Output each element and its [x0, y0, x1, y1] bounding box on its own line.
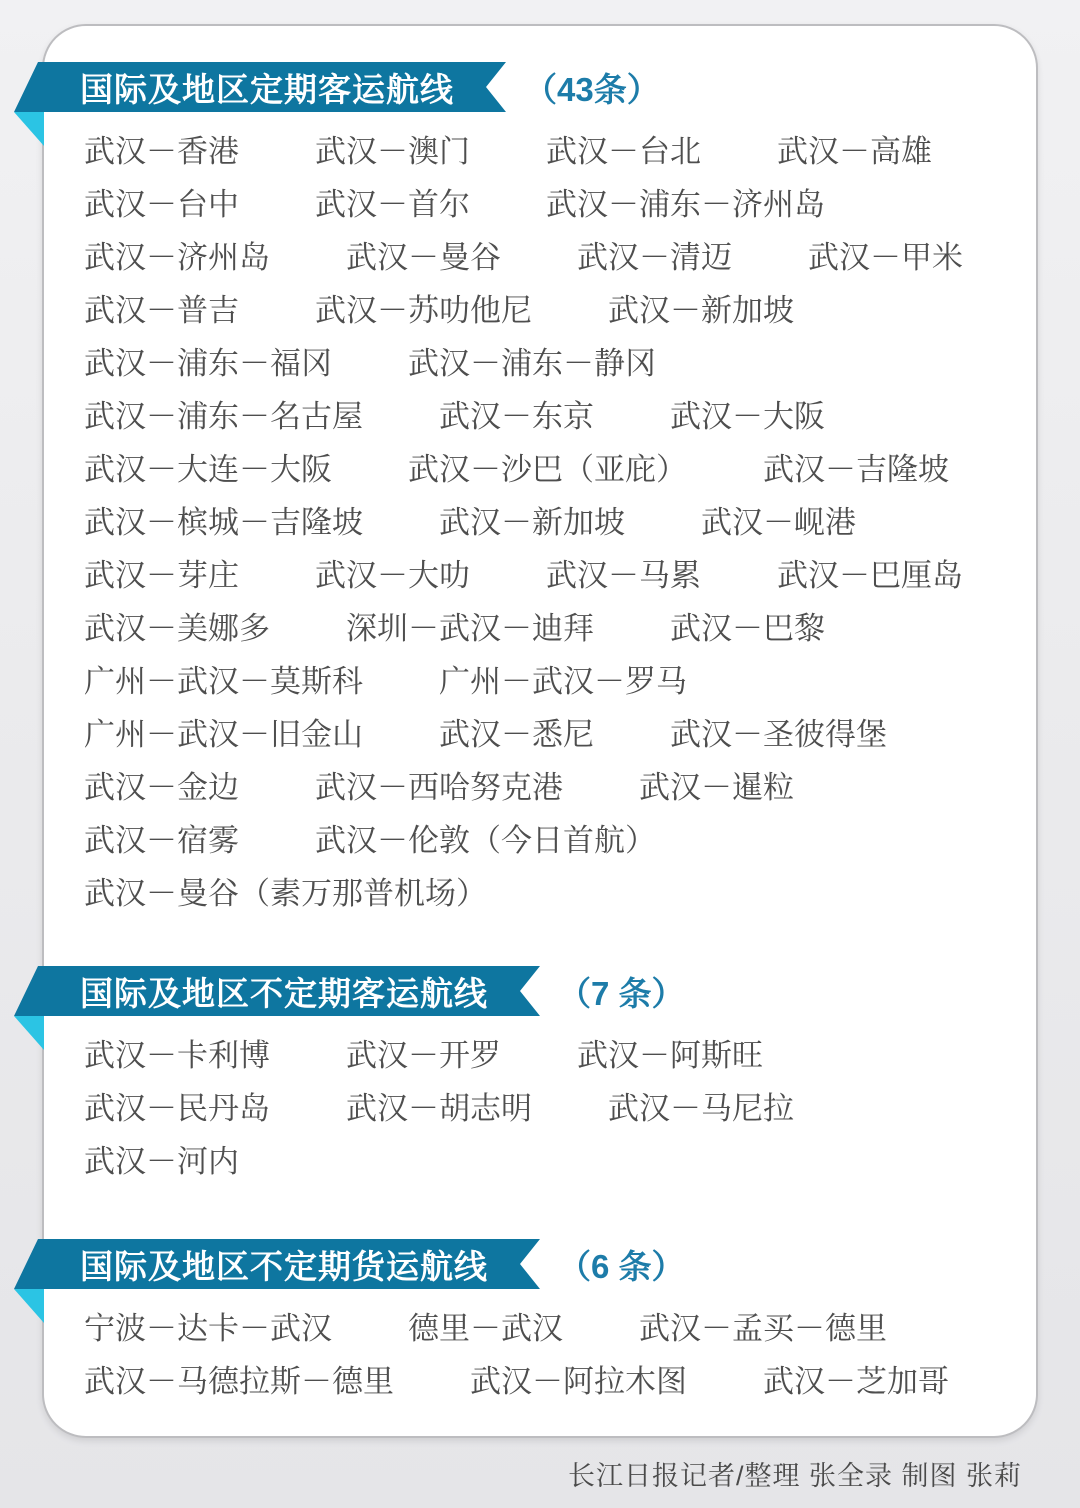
route-section: 国际及地区不定期货运航线 （6 条） 宁波－达卡－武汉德里－武汉武汉－孟买－德里…: [84, 1239, 1008, 1405]
route-item: 德里－武汉: [408, 1303, 563, 1348]
section-title: 国际及地区定期客运航线: [80, 64, 454, 111]
route-row: 武汉－香港武汉－澳门武汉－台北武汉－高雄: [84, 122, 1008, 175]
route-item: 武汉－新加坡: [608, 285, 794, 330]
route-item: 武汉－首尔: [315, 179, 470, 224]
route-row: 广州－武汉－莫斯科广州－武汉－罗马: [84, 652, 1008, 705]
route-row: 武汉－普吉武汉－苏叻他尼武汉－新加坡: [84, 281, 1008, 334]
section-header: 国际及地区定期客运航线 （43条）: [14, 62, 1008, 112]
section-title: 国际及地区不定期货运航线: [80, 1241, 488, 1288]
route-item: 武汉－美娜多: [84, 603, 270, 648]
section-header-banner: 国际及地区定期客运航线: [14, 62, 506, 112]
route-item: 武汉－巴厘岛: [777, 550, 963, 595]
route-item: 广州－武汉－罗马: [439, 656, 687, 701]
route-item: 武汉－芝加哥: [763, 1356, 949, 1401]
route-item: 武汉－高雄: [777, 126, 932, 171]
route-item: 广州－武汉－莫斯科: [84, 656, 363, 701]
route-row: 武汉－卡利博武汉－开罗武汉－阿斯旺: [84, 1026, 1008, 1079]
route-item: 宁波－达卡－武汉: [84, 1303, 332, 1348]
route-item: 武汉－巴黎: [670, 603, 825, 648]
route-item: 武汉－马累: [546, 550, 701, 595]
route-item: 武汉－曼谷: [346, 232, 501, 277]
route-item: 武汉－孟买－德里: [639, 1303, 887, 1348]
sections-container: 国际及地区定期客运航线 （43条） 武汉－香港武汉－澳门武汉－台北武汉－高雄武汉…: [84, 62, 1008, 1405]
route-item: 武汉－阿拉木图: [470, 1356, 687, 1401]
route-row: 武汉－宿雾武汉－伦敦（今日首航）: [84, 811, 1008, 864]
route-item: 武汉－浦东－济州岛: [546, 179, 825, 224]
route-item: 武汉－澳门: [315, 126, 470, 171]
route-item: 武汉－浦东－福冈: [84, 338, 332, 383]
route-item: 武汉－台北: [546, 126, 701, 171]
route-item: 武汉－阿斯旺: [577, 1030, 763, 1075]
section-header-banner: 国际及地区不定期货运航线: [14, 1239, 540, 1289]
routes-card: 国际及地区定期客运航线 （43条） 武汉－香港武汉－澳门武汉－台北武汉－高雄武汉…: [42, 24, 1038, 1438]
route-item: 武汉－甲米: [808, 232, 963, 277]
route-item: 武汉－河内: [84, 1136, 239, 1181]
section-title: 国际及地区不定期客运航线: [80, 968, 488, 1015]
route-item: 武汉－普吉: [84, 285, 239, 330]
route-row: 武汉－河内: [84, 1132, 1008, 1185]
route-row: 武汉－马德拉斯－德里武汉－阿拉木图武汉－芝加哥: [84, 1352, 1008, 1405]
route-item: 武汉－大连－大阪: [84, 444, 332, 489]
route-item: 武汉－吉隆坡: [763, 444, 949, 489]
route-row: 武汉－济州岛武汉－曼谷武汉－清迈武汉－甲米: [84, 228, 1008, 281]
route-item: 武汉－卡利博: [84, 1030, 270, 1075]
route-row: 武汉－大连－大阪武汉－沙巴（亚庇）武汉－吉隆坡: [84, 440, 1008, 493]
route-item: 武汉－槟城－吉隆坡: [84, 497, 363, 542]
route-item: 武汉－圣彼得堡: [670, 709, 887, 754]
route-section: 国际及地区定期客运航线 （43条） 武汉－香港武汉－澳门武汉－台北武汉－高雄武汉…: [84, 62, 1008, 917]
route-item: 武汉－芽庄: [84, 550, 239, 595]
route-item: 武汉－岘港: [701, 497, 856, 542]
section-rows: 武汉－卡利博武汉－开罗武汉－阿斯旺武汉－民丹岛武汉－胡志明武汉－马尼拉武汉－河内: [84, 1026, 1008, 1185]
route-item: 武汉－苏叻他尼: [315, 285, 532, 330]
route-item: 武汉－新加坡: [439, 497, 625, 542]
route-item: 武汉－曼谷（素万那普机场）: [84, 868, 487, 913]
ribbon-fold-icon: [14, 1016, 44, 1050]
route-row: 武汉－美娜多深圳－武汉－迪拜武汉－巴黎: [84, 599, 1008, 652]
route-item: 武汉－西哈努克港: [315, 762, 563, 807]
route-item: 武汉－清迈: [577, 232, 732, 277]
route-row: 广州－武汉－旧金山武汉－悉尼武汉－圣彼得堡: [84, 705, 1008, 758]
route-item: 武汉－金边: [84, 762, 239, 807]
section-count-badge: （7 条）: [558, 968, 685, 1015]
route-row: 武汉－芽庄武汉－大叻武汉－马累武汉－巴厘岛: [84, 546, 1008, 599]
route-item: 武汉－沙巴（亚庇）: [408, 444, 687, 489]
route-row: 武汉－民丹岛武汉－胡志明武汉－马尼拉: [84, 1079, 1008, 1132]
route-item: 武汉－马德拉斯－德里: [84, 1356, 394, 1401]
footer-credit: 长江日报记者/整理 张全录 制图 张莉: [0, 1454, 1080, 1493]
route-item: 武汉－民丹岛: [84, 1083, 270, 1128]
section-header-banner: 国际及地区不定期客运航线: [14, 966, 540, 1016]
section-header: 国际及地区不定期货运航线 （6 条）: [14, 1239, 1008, 1289]
route-row: 武汉－槟城－吉隆坡武汉－新加坡武汉－岘港: [84, 493, 1008, 546]
route-item: 武汉－开罗: [346, 1030, 501, 1075]
route-item: 武汉－浦东－名古屋: [84, 391, 363, 436]
route-item: 武汉－伦敦（今日首航）: [315, 815, 656, 860]
route-item: 武汉－大叻: [315, 550, 470, 595]
route-item: 武汉－悉尼: [439, 709, 594, 754]
ribbon-fold-icon: [14, 112, 44, 146]
route-item: 武汉－香港: [84, 126, 239, 171]
route-row: 武汉－台中武汉－首尔武汉－浦东－济州岛: [84, 175, 1008, 228]
route-item: 武汉－马尼拉: [608, 1083, 794, 1128]
section-header: 国际及地区不定期客运航线 （7 条）: [14, 966, 1008, 1016]
route-row: 武汉－浦东－名古屋武汉－东京武汉－大阪: [84, 387, 1008, 440]
ribbon-fold-icon: [14, 1289, 44, 1323]
route-row: 武汉－浦东－福冈武汉－浦东－静冈: [84, 334, 1008, 387]
section-rows: 武汉－香港武汉－澳门武汉－台北武汉－高雄武汉－台中武汉－首尔武汉－浦东－济州岛武…: [84, 122, 1008, 917]
route-item: 武汉－胡志明: [346, 1083, 532, 1128]
route-item: 武汉－暹粒: [639, 762, 794, 807]
route-row: 宁波－达卡－武汉德里－武汉武汉－孟买－德里: [84, 1299, 1008, 1352]
route-item: 武汉－大阪: [670, 391, 825, 436]
route-row: 武汉－金边武汉－西哈努克港武汉－暹粒: [84, 758, 1008, 811]
section-count-badge: （6 条）: [558, 1241, 685, 1288]
section-rows: 宁波－达卡－武汉德里－武汉武汉－孟买－德里武汉－马德拉斯－德里武汉－阿拉木图武汉…: [84, 1299, 1008, 1405]
section-count-badge: （43条）: [524, 64, 660, 111]
route-row: 武汉－曼谷（素万那普机场）: [84, 864, 1008, 917]
route-section: 国际及地区不定期客运航线 （7 条） 武汉－卡利博武汉－开罗武汉－阿斯旺武汉－民…: [84, 966, 1008, 1185]
route-item: 武汉－宿雾: [84, 815, 239, 860]
route-item: 武汉－台中: [84, 179, 239, 224]
route-item: 武汉－东京: [439, 391, 594, 436]
route-item: 广州－武汉－旧金山: [84, 709, 363, 754]
route-item: 武汉－浦东－静冈: [408, 338, 656, 383]
route-item: 武汉－济州岛: [84, 232, 270, 277]
route-item: 深圳－武汉－迪拜: [346, 603, 594, 648]
